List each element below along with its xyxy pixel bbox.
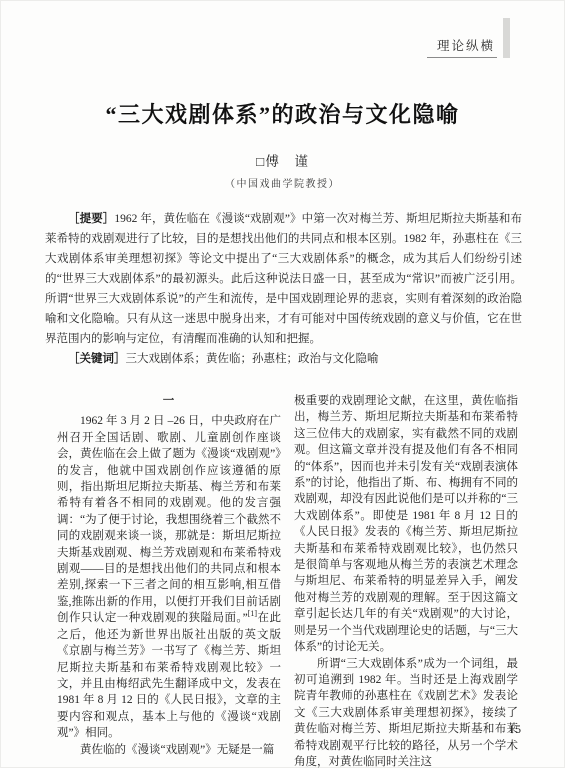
journal-page: 理论纵横 “三大戏剧体系”的政治与文化隐喻 □傅 谨 （中国戏曲学院教授） ［提… [0,0,565,768]
column-tab-bar [503,18,510,58]
left-column: 一 1962 年 3 月 2 日 –26 日，中央政府在广州召开全国话剧、歌剧、… [57,393,281,768]
author-affiliation: （中国戏曲学院教授） [0,175,565,190]
body-paragraph: 黄佐临的《漫谈“戏剧观”》无疑是一篇 [57,742,281,758]
right-column: 极重要的戏剧理论文献，在这里，黄佐临指出，梅兰芳、斯坦尼斯拉夫斯基和布莱希特这三… [294,393,518,768]
page-number: 15 [509,724,523,736]
author-line: □傅 谨 [0,150,565,170]
keywords-label: ［关键词］ [68,353,126,365]
column-tab-label: 理论纵横 [427,36,497,58]
abstract-block: ［提要］1962 年，黄佐临在《漫谈“戏剧观”》中第一次对梅兰芳、斯坦尼斯拉夫斯… [45,209,522,369]
body-paragraph: 所谓“三大戏剧体系”成为一个词组，最初可追溯到 1982 年。当时还是上海戏剧学… [294,656,518,768]
abstract-label: ［提要］ [68,213,114,225]
footnote-ref: [1] [248,609,257,618]
keywords-text: 三大戏剧体系；黄佐临；孙惠柱；政治与文化隐喻 [126,353,379,365]
article-title: “三大戏剧体系”的政治与文化隐喻 [0,98,565,129]
section-marker: 一 [57,393,281,409]
abstract-paragraph: ［提要］1962 年，黄佐临在《漫谈“戏剧观”》中第一次对梅兰芳、斯坦尼斯拉夫斯… [45,209,522,349]
body-paragraph: 1962 年 3 月 2 日 –26 日，中央政府在广州召开全国话剧、歌剧、儿童… [57,413,281,741]
author-marker: □ [256,154,265,169]
keywords-line: ［关键词］三大戏剧体系；黄佐临；孙惠柱；政治与文化隐喻 [45,349,522,369]
author-name: 傅 谨 [265,154,309,169]
paragraph-text: 1962 年 3 月 2 日 –26 日，中央政府在广州召开全国话剧、歌剧、儿童… [57,415,281,624]
body-paragraph: 极重要的戏剧理论文献，在这里，黄佐临指出，梅兰芳、斯坦尼斯拉夫斯基和布莱希特这三… [294,393,518,656]
paragraph-text: 在此之后，他还为新世界出版社出版的英文版《京剧与梅兰芳》一书写了《梅兰芳、斯坦尼… [57,612,281,739]
abstract-text: 1962 年，黄佐临在《漫谈“戏剧观”》中第一次对梅兰芳、斯坦尼斯拉夫斯基和布莱… [45,213,522,345]
body-columns: 一 1962 年 3 月 2 日 –26 日，中央政府在广州召开全国话剧、歌剧、… [57,393,518,768]
